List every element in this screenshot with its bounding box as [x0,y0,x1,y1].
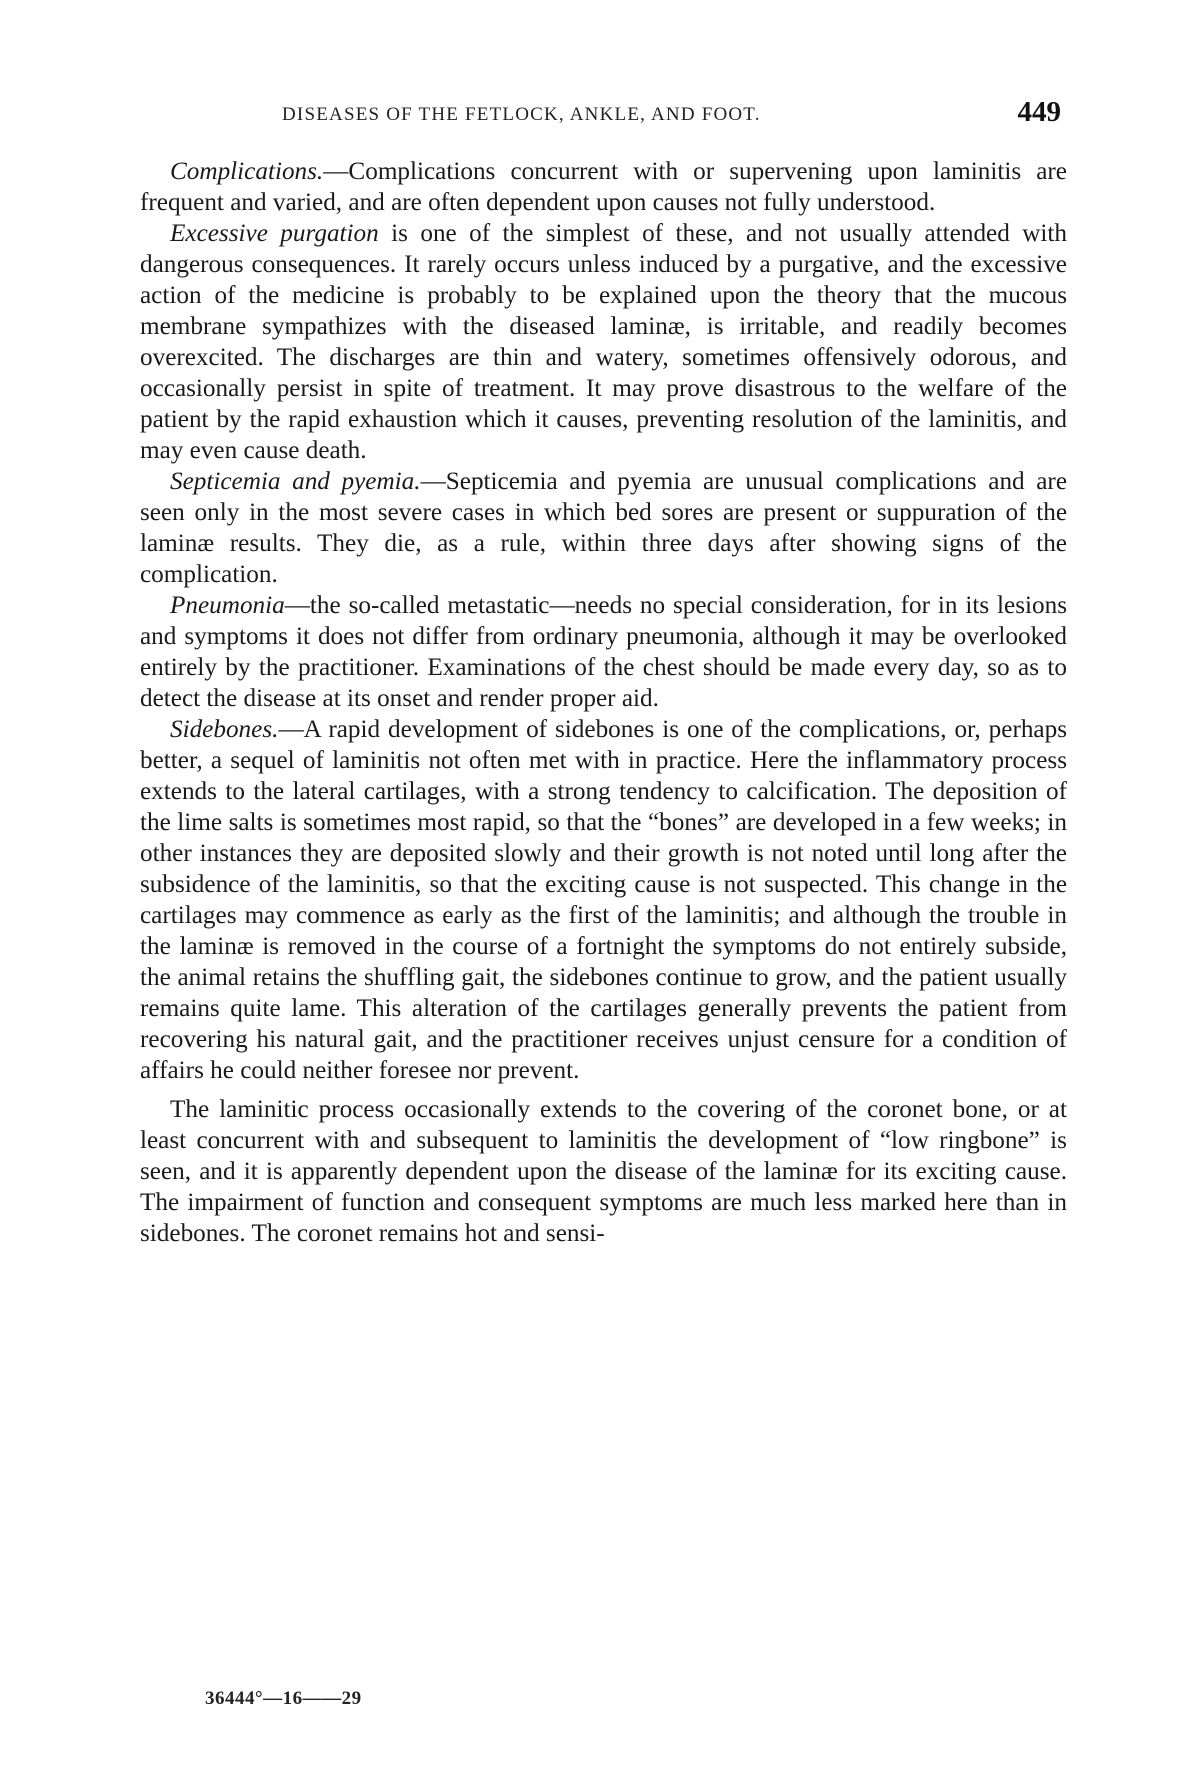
paragraph-septicemia-pyemia: Septicemia and pyemia.—Septicemia and py… [140,466,1067,590]
paragraph-text: The laminitic process occasionally exten… [140,1096,1067,1247]
page-number: 449 [1018,96,1062,129]
paragraph-sidebones: Sidebones.—A rapid development of sidebo… [140,714,1067,1086]
paragraph-lead-italic: Septicemia and pyemia. [170,468,421,495]
paragraph-lead-italic: Excessive purgation [170,220,379,247]
body-text: Complications.—Complications concurrent … [140,156,1067,1249]
paragraph-lead-italic: Pneumonia [170,592,285,619]
paragraph-text: is one of the simplest of these, and not… [140,220,1067,464]
paragraph-lead-italic: Sidebones. [170,716,278,743]
running-title: DISEASES OF THE FETLOCK, ANKLE, AND FOOT… [282,104,761,126]
paragraph-low-ringbone: The laminitic process occasionally exten… [140,1094,1067,1249]
footer-signature: 36444°—16——29 [205,1688,362,1710]
paragraph-text: —A rapid development of sidebones is one… [140,716,1067,1084]
document-page: DISEASES OF THE FETLOCK, ANKLE, AND FOOT… [140,96,1067,1249]
paragraph-complications: Complications.—Complications concurrent … [140,156,1067,218]
running-head: DISEASES OF THE FETLOCK, ANKLE, AND FOOT… [140,96,1067,136]
paragraph-lead-italic: Complications. [170,158,323,185]
paragraph-pneumonia: Pneumonia—the so-called metastatic—needs… [140,590,1067,714]
paragraph-excessive-purgation: Excessive purgation is one of the simple… [140,218,1067,466]
